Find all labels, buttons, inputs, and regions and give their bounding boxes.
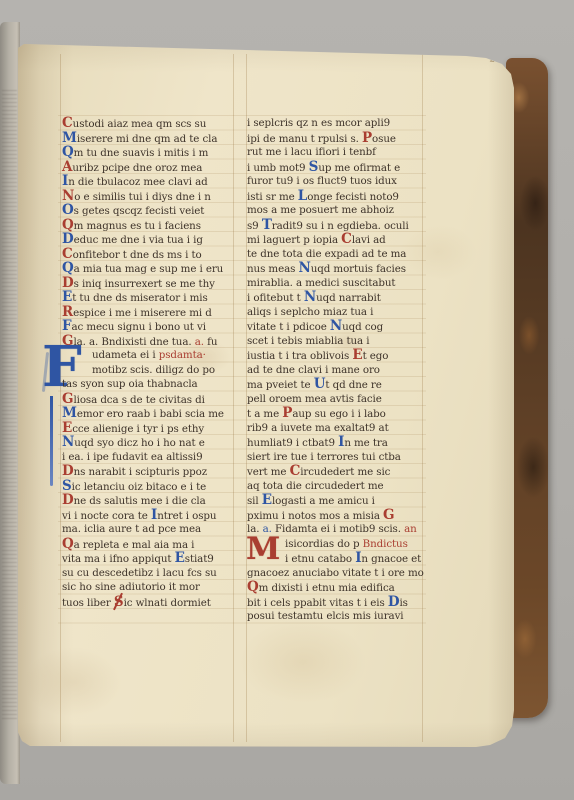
- text-line: vert me Circudedert me sic: [247, 464, 427, 479]
- versal-initial: N: [62, 434, 74, 450]
- text-segment: su cu descedetibz i lacu fcs su: [62, 567, 217, 579]
- text-segment: sic ho sine adiutorio it mor: [62, 581, 200, 593]
- versal-initial: N: [304, 289, 316, 305]
- text-segment: stiat9: [185, 553, 214, 565]
- text-line: mos a me posuert me abhoiz: [247, 203, 427, 218]
- text-segment: isicordias do p: [285, 538, 363, 550]
- text-segment: la. a.: [73, 336, 101, 348]
- text-segment: vitate t i pdicoe: [247, 321, 330, 333]
- text-segment: ic wlnati dormiet: [124, 597, 211, 609]
- text-segment: n die tbulacoz mee clavi ad: [68, 176, 207, 188]
- text-segment: m tu dne suavis i mitis i m: [74, 147, 209, 159]
- text-line: aq tota die circudedert me: [247, 479, 427, 494]
- text-line: Memor ero raab i babi scia me: [62, 406, 236, 421]
- text-line: su cu descedetibz i lacu fcs su: [62, 566, 236, 581]
- text-line: Custodi aiaz mea qm scs su: [62, 116, 236, 131]
- versal-initial: D: [62, 492, 74, 508]
- text-segment: t qd dne re: [325, 379, 381, 391]
- text-column-right: i seplcris qz n es mcor apli9ipi de manu…: [247, 116, 427, 624]
- text-line: Miserere mi dne qm ad te cla: [62, 131, 236, 146]
- text-segment: is: [399, 597, 407, 609]
- text-line: siert ire tue i terrores tui ctba: [247, 450, 427, 465]
- text-line: ipi de manu t rpulsi s. Posue: [247, 131, 427, 146]
- text-segment: ustodi aiaz mea qm scs su: [73, 118, 207, 130]
- text-segment: uqd narrabit: [316, 292, 381, 304]
- text-segment: uribz pcipe dne oroz mea: [72, 162, 202, 174]
- text-segment: i seplcris qz n es mcor apli9: [247, 117, 390, 129]
- text-line: bit i cels ppabit vitas t i eis Dis: [247, 595, 427, 610]
- versal-initial: C: [341, 231, 352, 247]
- text-line: isicordias do p Bndictus: [247, 537, 427, 552]
- text-segment: ns narabit i scipturis ppoz: [74, 466, 207, 478]
- versal-initial: N: [298, 260, 310, 276]
- text-segment: pell oroem mea avtis facie: [247, 393, 382, 405]
- text-segment: uqd mortuis facies: [311, 263, 406, 275]
- text-segment: m dixisti i etnu mia edifica: [259, 582, 395, 594]
- text-segment: tuos liber: [62, 597, 114, 609]
- text-line: Confitebor t dne ds ms i to: [62, 247, 236, 262]
- text-segment: s iniq insurrexert se me thy: [74, 278, 215, 290]
- text-segment: t ego: [363, 350, 389, 362]
- text-segment: aup su ego i i labo: [292, 408, 385, 420]
- text-line: Deduc me dne i via tua i ig: [62, 232, 236, 247]
- text-line: i ea. i ipe fudavit ea altissi9: [62, 450, 236, 465]
- text-line: Qm dixisti i etnu mia edifica: [247, 580, 427, 595]
- text-line: isti sr me Longe fecisti noto9: [247, 189, 427, 204]
- text-column-left: Custodi aiaz mea qm scs suMiserere mi dn…: [62, 116, 236, 609]
- text-segment: liosa dca s de te civitas di: [73, 394, 204, 406]
- text-line: sic ho sine adiutorio it mor: [62, 580, 236, 595]
- text-line: i ofitebut t Nuqd narrabit: [247, 290, 427, 305]
- text-segment: ne ds salutis mee i die cla: [74, 495, 206, 507]
- text-line: tuos liber Sic wlnati dormiet: [62, 595, 236, 610]
- text-line: gnacoez anuciabo vitate t i ore mo: [247, 566, 427, 581]
- text-line: posui testamtu elcis mis iuravi: [247, 609, 427, 624]
- versal-initial: E: [352, 347, 362, 363]
- text-segment: ipi de manu t rpulsi s.: [247, 133, 362, 145]
- text-segment: s getes qscqz fecisti veiet: [74, 205, 205, 217]
- text-line: motibz scis. diligz do po: [62, 363, 236, 378]
- versal-initial: U: [314, 376, 326, 392]
- text-segment: tas syon sup oia thabnacla: [62, 378, 198, 390]
- text-segment: educ me dne i via tua i ig: [74, 234, 203, 246]
- text-segment: i etnu catabo: [285, 553, 355, 565]
- text-line: Fac mecu signu i bono ut vi: [62, 319, 236, 334]
- text-segment: ircudedert me sic: [300, 466, 390, 478]
- text-segment: scet i tebis miablia tua i: [247, 335, 369, 347]
- text-segment: bit i cels ppabit vitas t i eis: [247, 597, 388, 609]
- text-segment: s9: [247, 220, 262, 232]
- text-line: scet i tebis miablia tua i: [247, 334, 427, 349]
- text-segment: ntret i ospu: [157, 510, 216, 522]
- text-segment: lavi ad: [352, 234, 386, 246]
- text-segment: osue: [372, 133, 396, 145]
- text-segment: psdamta·: [159, 349, 206, 361]
- text-segment: pximu i notos mos a misia: [247, 510, 383, 522]
- text-segment: vi i nocte cora te: [62, 510, 151, 522]
- text-segment: onge fecisti noto9: [307, 191, 399, 203]
- versal-initial: Q: [247, 579, 259, 595]
- text-line: Nuqd syo dicz ho i ho nat e: [62, 435, 236, 450]
- text-segment: gnacoez anuciabo vitate t i ore mo: [247, 567, 424, 579]
- text-segment: la.: [247, 523, 263, 535]
- text-line: mirablia. a medici suscitabut: [247, 276, 427, 291]
- versal-initial: P: [362, 130, 372, 146]
- text-line: Respice i me i miserere mi d: [62, 305, 236, 320]
- text-line: ma. iclia aure t ad pce mea: [62, 522, 236, 537]
- text-segment: ac mecu signu i bono ut vi: [72, 321, 206, 333]
- versal-initial: D: [388, 594, 400, 610]
- text-line: Qm tu dne suavis i mitis i m: [62, 145, 236, 160]
- text-segment: siert ire tue i terrores tui ctba: [247, 451, 401, 463]
- text-line: Ds iniq insurrexert se me thy: [62, 276, 236, 291]
- text-segment: t tu dne ds miserator i mis: [72, 292, 207, 304]
- text-line: i umb mot9 Sup me ofirmat e: [247, 160, 427, 175]
- text-segment: sil: [247, 495, 262, 507]
- text-segment: isti sr me: [247, 191, 298, 203]
- versal-initial: N: [330, 318, 342, 334]
- text-line: rut me i lacu ifiori i tenbf: [247, 145, 427, 160]
- text-line: Gliosa dca s de te civitas di: [62, 392, 236, 407]
- text-segment: n me tra: [344, 437, 387, 449]
- text-line: rib9 a iuvete ma exaltat9 at: [247, 421, 427, 436]
- text-line: In die tbulacoz mee clavi ad: [62, 174, 236, 189]
- versal-initial: E: [262, 492, 272, 508]
- text-segment: o e similis tui i diys dne i n: [74, 191, 211, 203]
- text-line: Dne ds salutis mee i die cla: [62, 493, 236, 508]
- page-edges-text-showthrough: [2, 90, 17, 720]
- text-segment: Bndixisti dne tua.: [101, 336, 194, 348]
- text-segment: a.: [263, 523, 275, 535]
- text-segment: ad te dne clavi i mane oro: [247, 364, 380, 376]
- text-line: tas syon sup oia thabnacla: [62, 377, 236, 392]
- text-segment: a mia tua mag e sup me i eru: [74, 263, 224, 275]
- text-line: Sic letanciu oiz bitaco e i te: [62, 479, 236, 494]
- text-line: udameta ei i psdamta·: [62, 348, 236, 363]
- text-line: s9 Tradit9 su i n egdieba. oculi: [247, 218, 427, 233]
- text-line: i etnu catabo In gnacoe et: [247, 551, 427, 566]
- versal-initial: S: [114, 595, 124, 610]
- text-segment: aliqs i seplcho miaz tua i: [247, 306, 373, 318]
- text-line: vi i nocte cora te Intret i ospu: [62, 508, 236, 523]
- text-segment: mi laguert p iopia: [247, 234, 341, 246]
- text-segment: fu: [207, 336, 217, 348]
- text-segment: uqd syo dicz ho i ho nat e: [74, 437, 204, 449]
- versal-initial: P: [282, 405, 292, 421]
- text-segment: ma. iclia aure t ad pce mea: [62, 523, 201, 535]
- text-line: iustia t i tra oblivois Et ego: [247, 348, 427, 363]
- text-line: Et tu dne ds miserator i mis: [62, 290, 236, 305]
- text-line: Qa mia tua mag e sup me i eru: [62, 261, 236, 276]
- text-segment: vita ma i ifno appiqut: [62, 553, 175, 565]
- text-line: vitate t i pdicoe Nuqd cog: [247, 319, 427, 334]
- text-segment: udameta ei i: [92, 349, 159, 361]
- text-segment: onfitebor t dne ds ms i to: [73, 249, 202, 261]
- folio-number: 27: [490, 55, 504, 66]
- versal-initial: Q: [62, 536, 74, 552]
- text-segment: n gnacoe et: [361, 553, 421, 565]
- text-line: humliat9 i ctbat9 In me tra: [247, 435, 427, 450]
- versal-initial: E: [175, 550, 185, 566]
- versal-initial: G: [62, 333, 73, 349]
- text-segment: aq tota die circudedert me: [247, 480, 383, 492]
- text-line: Os getes qscqz fecisti veiet: [62, 203, 236, 218]
- text-segment: mos a me posuert me abhoiz: [247, 204, 394, 216]
- text-line: Dns narabit i scipturis ppoz: [62, 464, 236, 479]
- text-line: i seplcris qz n es mcor apli9: [247, 116, 427, 131]
- text-segment: vert me: [247, 466, 290, 478]
- text-segment: a repleta e mal aia ma i: [74, 539, 195, 551]
- text-segment: rib9 a iuvete ma exaltat9 at: [247, 422, 389, 434]
- text-line: vita ma i ifno appiqut Estiat9: [62, 551, 236, 566]
- text-segment: t a me: [247, 408, 282, 420]
- text-segment: uqd cog: [342, 321, 383, 333]
- text-segment: mirablia. a medici suscitabut: [247, 277, 395, 289]
- text-line: t a me Paup su ego i i labo: [247, 406, 427, 421]
- text-segment: Fidamta ei i motib9 scis.: [275, 523, 404, 535]
- versal-initial: G: [383, 507, 394, 523]
- text-segment: i ea. i ipe fudavit ea altissi9: [62, 451, 203, 463]
- text-segment: logasti a me amicu i: [272, 495, 375, 507]
- text-line: ad te dne clavi i mane oro: [247, 363, 427, 378]
- text-line: Qm magnus es tu i faciens: [62, 218, 236, 233]
- text-segment: cce alienige i tyr i ps ethy: [72, 423, 204, 435]
- text-segment: espice i me i miserere mi d: [73, 307, 212, 319]
- text-line: furor tu9 i os fluct9 tuos idux: [247, 174, 427, 189]
- versal-initial: C: [290, 463, 301, 479]
- text-segment: te dne tota die expadi ad te ma: [247, 248, 406, 260]
- text-segment: motibz scis. diligz do po: [92, 364, 215, 376]
- text-line: pximu i notos mos a misia G: [247, 508, 427, 523]
- text-line: aliqs i seplcho miaz tua i: [247, 305, 427, 320]
- text-segment: iustia t i tra oblivois: [247, 350, 352, 362]
- text-line: No e similis tui i diys dne i n: [62, 189, 236, 204]
- text-segment: i ofitebut t: [247, 292, 304, 304]
- text-line: Qa repleta e mal aia ma i: [62, 537, 236, 552]
- text-segment: ic letanciu oiz bitaco e i te: [72, 481, 206, 493]
- text-line: Auribz pcipe dne oroz mea: [62, 160, 236, 175]
- text-segment: a.: [195, 336, 207, 348]
- versal-initial: S: [309, 159, 319, 175]
- versal-initial: L: [298, 188, 307, 204]
- text-line: Gla. a. Bndixisti dne tua. a. fu: [62, 334, 236, 349]
- text-line: Ecce alienige i tyr i ps ethy: [62, 421, 236, 436]
- text-segment: furor tu9 i os fluct9 tuos idux: [247, 175, 397, 187]
- text-segment: emor ero raab i babi scia me: [77, 408, 224, 420]
- text-line: ma pveiet te Ut qd dne re: [247, 377, 427, 392]
- text-segment: rut me i lacu ifiori i tenbf: [247, 146, 376, 158]
- text-line: te dne tota die expadi ad te ma: [247, 247, 427, 262]
- facing-page-edges: [0, 22, 20, 784]
- text-line: sil Elogasti a me amicu i: [247, 493, 427, 508]
- text-segment: Bndictus: [363, 538, 408, 550]
- versal-initial: T: [262, 217, 272, 233]
- text-segment: nus meas: [247, 263, 298, 275]
- text-segment: i umb mot9: [247, 162, 309, 174]
- text-segment: up me ofirmat e: [318, 162, 400, 174]
- text-line: pell oroem mea avtis facie: [247, 392, 427, 407]
- text-segment: radit9 su i n egdieba. oculi: [272, 220, 409, 232]
- manuscript-page: 27 F M Custodi aiaz mea qm scs suMiserer…: [18, 42, 514, 748]
- text-line: la. a. Fidamta ei i motib9 scis. an: [247, 522, 427, 537]
- text-line: mi laguert p iopia Clavi ad: [247, 232, 427, 247]
- text-segment: m magnus es tu i faciens: [74, 220, 201, 232]
- text-segment: an: [404, 523, 417, 535]
- text-segment: ma pveiet te: [247, 379, 314, 391]
- text-segment: posui testamtu elcis mis iuravi: [247, 610, 404, 622]
- text-segment: iserere mi dne qm ad te cla: [77, 133, 218, 145]
- text-segment: humliat9 i ctbat9: [247, 437, 338, 449]
- text-line: nus meas Nuqd mortuis facies: [247, 261, 427, 276]
